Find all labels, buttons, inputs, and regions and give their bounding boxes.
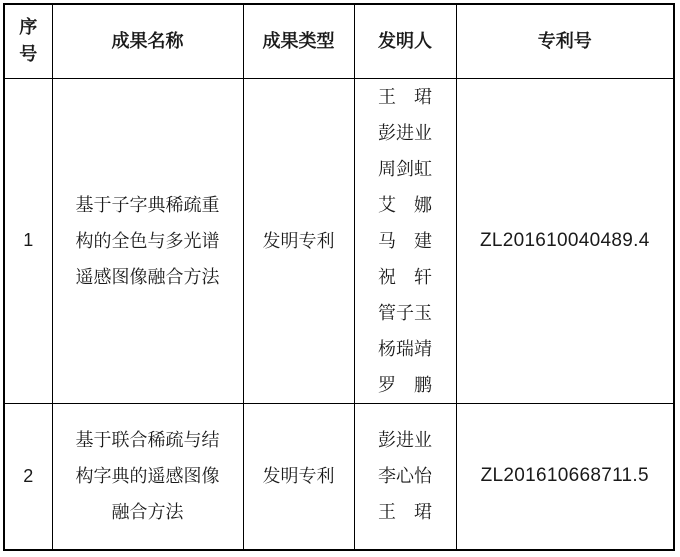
inventor-name: 彭进业 [378, 115, 432, 151]
cell-name: 基于联合稀疏与结构字典的遥感图像融合方法 [52, 403, 243, 550]
inventor-name: 管子玉 [378, 295, 432, 331]
column-header-serial-label: 序号 [17, 14, 39, 68]
inventors-list: 彭进业李心怡王 珺 [378, 422, 432, 530]
inventor-name: 彭进业 [378, 422, 432, 458]
achievement-name: 基于子字典稀疏重构的全色与多光谱遥感图像融合方法 [71, 187, 224, 295]
cell-patent: ZL201610040489.4 [456, 78, 674, 403]
patents-table: 序号 成果名称 成果类型 发明人 专利号 1 基于子字典稀疏重构的全色与多光谱遥… [3, 3, 675, 551]
achievement-type: 发明专利 [263, 466, 335, 486]
table-header-row: 序号 成果名称 成果类型 发明人 专利号 [4, 4, 674, 78]
inventor-name: 罗 鹏 [378, 367, 432, 403]
patents-table-container: 序号 成果名称 成果类型 发明人 专利号 1 基于子字典稀疏重构的全色与多光谱遥… [3, 3, 675, 551]
column-header-name: 成果名称 [52, 4, 243, 78]
achievement-name: 基于联合稀疏与结构字典的遥感图像融合方法 [71, 422, 224, 530]
serial-number: 2 [23, 466, 33, 486]
cell-name: 基于子字典稀疏重构的全色与多光谱遥感图像融合方法 [52, 78, 243, 403]
cell-type: 发明专利 [243, 403, 354, 550]
cell-patent: ZL201610668711.5 [456, 403, 674, 550]
patent-number: ZL201610668711.5 [481, 465, 649, 486]
cell-inventors: 王 珺彭进业周剑虹艾 娜马 建祝 轩管子玉杨瑞靖罗 鹏 [354, 78, 456, 403]
inventor-name: 李心怡 [378, 458, 432, 494]
cell-serial: 2 [4, 403, 52, 550]
inventor-name: 王 珺 [378, 494, 432, 530]
patent-number: ZL201610040489.4 [480, 230, 650, 251]
column-header-type: 成果类型 [243, 4, 354, 78]
table-row: 1 基于子字典稀疏重构的全色与多光谱遥感图像融合方法 发明专利 王 珺彭进业周剑… [4, 78, 674, 403]
inventor-name: 周剑虹 [378, 151, 432, 187]
cell-type: 发明专利 [243, 78, 354, 403]
column-header-serial: 序号 [4, 4, 52, 78]
inventor-name: 王 珺 [378, 79, 432, 115]
inventor-name: 艾 娜 [378, 187, 432, 223]
inventor-name: 马 建 [378, 223, 432, 259]
table-row: 2 基于联合稀疏与结构字典的遥感图像融合方法 发明专利 彭进业李心怡王 珺 ZL… [4, 403, 674, 550]
cell-inventors: 彭进业李心怡王 珺 [354, 403, 456, 550]
inventor-name: 祝 轩 [378, 259, 432, 295]
inventor-name: 杨瑞靖 [378, 331, 432, 367]
serial-number: 1 [23, 230, 33, 250]
column-header-patent: 专利号 [456, 4, 674, 78]
cell-serial: 1 [4, 78, 52, 403]
column-header-inventors: 发明人 [354, 4, 456, 78]
achievement-type: 发明专利 [263, 231, 335, 251]
inventors-list: 王 珺彭进业周剑虹艾 娜马 建祝 轩管子玉杨瑞靖罗 鹏 [378, 79, 432, 403]
